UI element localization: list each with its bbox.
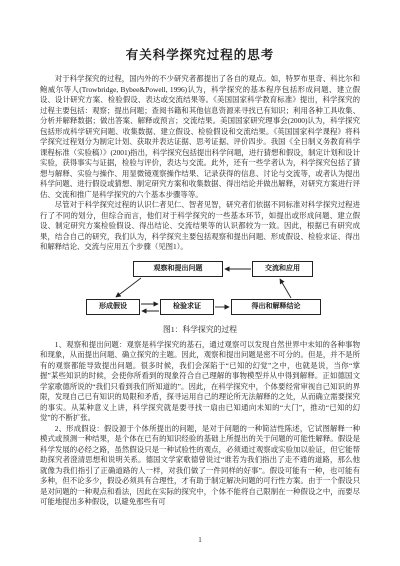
figure-box-communicate: 交流和应用	[252, 261, 313, 277]
figure-caption: 图1：科学探究的过程	[40, 324, 360, 335]
figure-box-verify: 检验求证	[160, 299, 214, 315]
arrow-observe-to-hypothesis	[116, 278, 141, 297]
figure-box-hypothesis: 形成假设	[86, 299, 140, 315]
body-paragraph-2: 2、形成假设：假设源于个体所提出的问题，是对于问题的一种简洁性陈述，它试图解释一…	[40, 424, 360, 508]
page-content: 有关科学探究过程的思考 对于科学探究的过程，国内外的不少研究者都提出了各自的观点…	[40, 0, 360, 508]
page-number: 1	[0, 535, 400, 544]
figure-box-conclude: 得出和解释结论	[231, 299, 321, 315]
figure-inquiry-process: 观察和提出问题 交流和应用 形成假设 检验求证 得出和解释结论	[40, 256, 360, 322]
body-paragraph-1: 1、观察和提出问题：观察是科学探究的基石，通过观察可以发现自然世界中未知的各种事…	[40, 340, 360, 424]
document-page: 有关科学探究过程的思考 对于科学探究的过程，国内外的不少研究者都提出了各自的观点…	[0, 0, 400, 566]
page-title: 有关科学探究过程的思考	[40, 0, 360, 63]
arrow-conclude-to-communicate	[280, 279, 291, 298]
intro-paragraph-1: 对于科学探究的过程，国内外的不少研究者都提出了各自的观点。如，特罗布里奇、科比尔…	[40, 74, 360, 200]
intro-paragraph-2: 尽管对于科学探究过程的认识仁者见仁、智者见智，研究者们依据不同标准对科学探究过程…	[40, 200, 360, 253]
figure-box-observe: 观察和提出问题	[133, 261, 223, 277]
